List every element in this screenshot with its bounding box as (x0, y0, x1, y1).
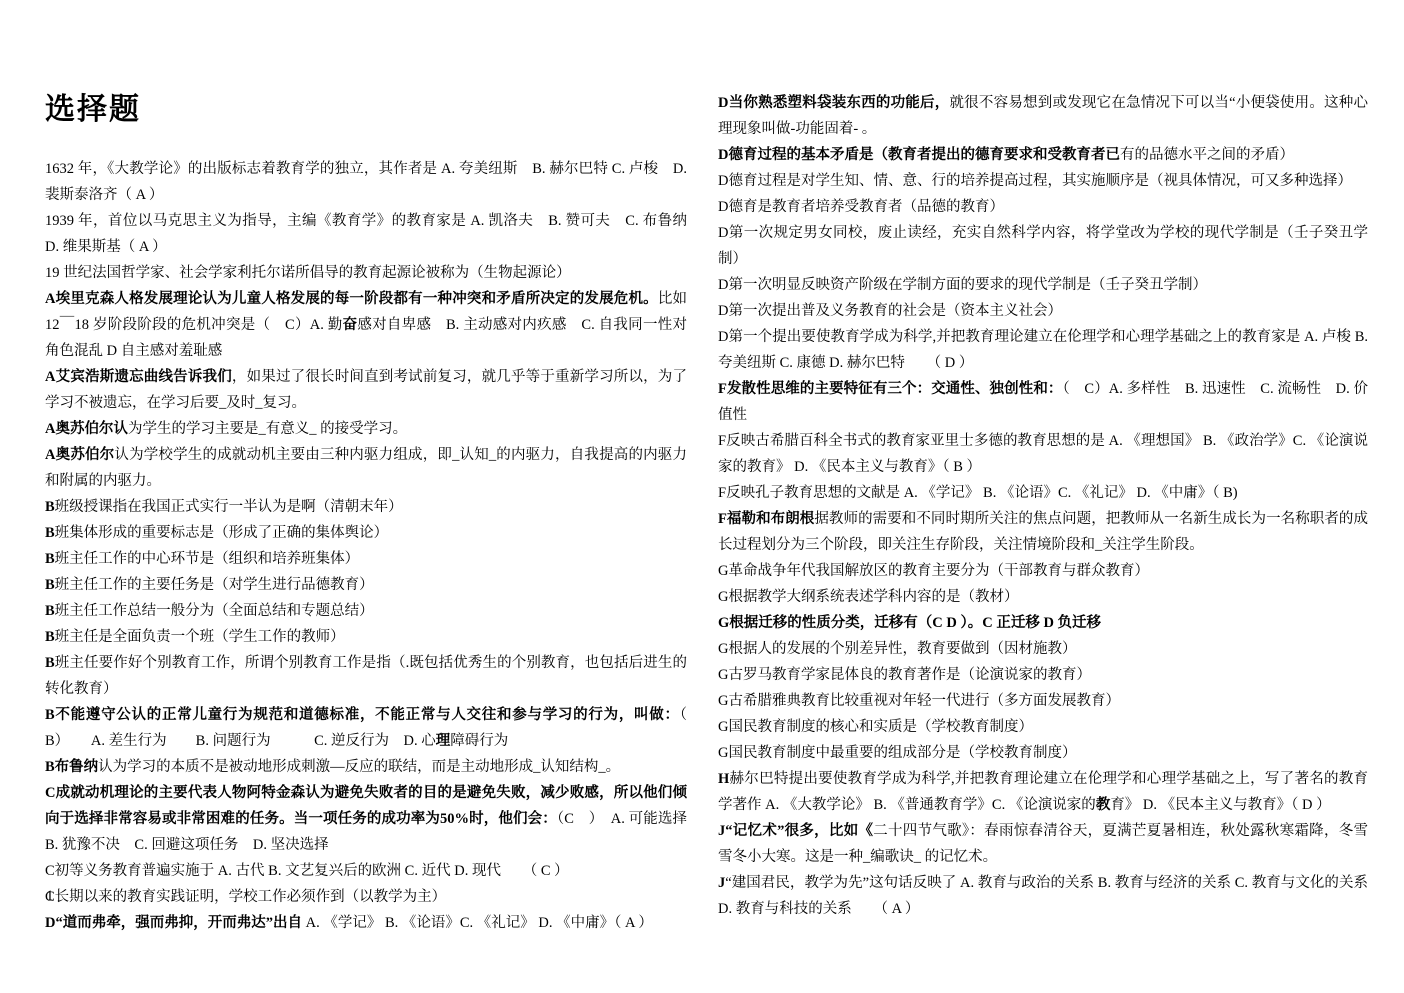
question-item: C初等义务教育普遍实施于 A. 古代 B. 文艺复兴后的欧洲 C. 近代 D. … (45, 858, 687, 884)
question-text: G古希腊雅典教育比较重视对年轻一代进行（多方面发展教育） (718, 693, 1120, 709)
question-item: C长期以来的教育实践证明，学校工作必须作到（以教学为主） (45, 884, 687, 910)
question-text: G古罗马教育学家昆体良的教育著作是（论演说家的教育） (718, 667, 1091, 683)
question-item: G革命战争年代我国解放区的教育主要分为（干部教育与群众教育） (718, 558, 1368, 584)
question-text-bold: （C D ）。C 正迁移 D 负迁移 (918, 615, 1101, 631)
question-item: D第一次提出普及义务教育的社会是（资本主义社会） (718, 298, 1368, 324)
question-text-bold: B (45, 551, 55, 567)
question-text: “建国君民，教学为先”这句话反映了 A. 教育与政治的关系 B. 教育与经济的关… (718, 875, 1368, 917)
question-text: 班集体形成的重要标志是（形成了正确的集体舆论） (55, 525, 389, 541)
question-text: 育》 D. 《民本主义与教育》（ D ） (1110, 797, 1330, 813)
question-text-bold: D“道而弗牵，强而弗抑，开而弗达”出自 (45, 915, 302, 931)
question-item: G国民教育制度的核心和实质是（学校教育制度） (718, 714, 1368, 740)
question-text: D第一次明显反映资产阶级在学制方面的要求的现代学制是（壬子癸丑学制） (718, 277, 1207, 293)
question-item: A埃里克森人格发展理论认为儿童人格发展的每一阶段都有一种冲突和矛盾所决定的发展危… (45, 286, 687, 364)
question-item: D德育过程的基本矛盾是（教育者提出的德育要求和受教育者已有的品德水平之间的矛盾） (718, 142, 1368, 168)
question-item: D第一次规定男女同校，废止读经，充实自然科学内容，将学堂改为学校的现代学制是（壬… (718, 220, 1368, 272)
question-text: C长期以来的教育实践证明，学校工作必须作到（以教学为主） (45, 889, 446, 905)
question-text-bold: B (45, 629, 55, 645)
question-text-bold: H (718, 771, 729, 787)
question-text-bold: B (45, 499, 55, 515)
question-item: 1939 年，首位以马克思主义为指导，主编《教育学》的教育家是 A. 凯洛夫 B… (45, 208, 687, 260)
question-text-bold: A奥苏伯尔 (45, 447, 114, 463)
question-item: J“建国君民，教学为先”这句话反映了 A. 教育与政治的关系 B. 教育与经济的… (718, 870, 1368, 922)
question-text-bold: B (45, 655, 55, 671)
page-title: 选择题 (45, 93, 687, 127)
question-item: 19 世纪法国哲学家、社会学家利托尔诺所倡导的教育起源论被称为（生物起源论） (45, 260, 687, 286)
page-number: 1 (46, 886, 54, 906)
question-item: B不能遵守公认的正常儿童行为规范和道德标准，不能正常与人交往和参与学习的行为，叫… (45, 702, 687, 754)
question-text: 1939 年，首位以马克思主义为指导，主编《教育学》的教育家是 A. 凯洛夫 B… (45, 213, 702, 255)
question-text-bold: B (45, 525, 55, 541)
question-item: D德育过程是对学生知、情、意、行的培养提高过程，其实施顺序是（视具体情况，可又多… (718, 168, 1368, 194)
question-text: D第一次提出普及义务教育的社会是（资本主义社会） (718, 303, 1062, 319)
question-item: G国民教育制度中最重要的组成部分是（学校教育制度） (718, 740, 1368, 766)
question-item: F反映孔子教育思想的文献是 A. 《学记》 B. 《论语》C. 《礼记》 D. … (718, 480, 1368, 506)
question-text: F反映古希腊百科全书式的教育家亚里士多德的教育思想的是 A. 《理想国》 B. … (718, 433, 1368, 475)
question-item: B班主任是全面负责一个班（学生工作的教师） (45, 624, 687, 650)
question-item: A奥苏伯尔认为学校学生的成就动机主要由三种内驱力组成，即_认知_的内驱力，自我提… (45, 442, 687, 494)
question-item: B班主任工作的主要任务是（对学生进行品德教育） (45, 572, 687, 598)
question-text: 班级授课指在我国正式实行一半认为是啊（清朝末年） (55, 499, 403, 515)
question-text: 班主任是全面负责一个班（学生工作的教师） (55, 629, 345, 645)
question-text: 班主任工作的主要任务是（对学生进行品德教育） (55, 577, 374, 593)
question-text: 19 世纪法国哲学家、社会学家利托尔诺所倡导的教育起源论被称为（生物起源论） (45, 265, 571, 281)
question-list-left: 1632 年，《大教学论》的出版标志着教育学的独立，其作者是 A. 夸美纽斯 B… (45, 156, 687, 936)
question-item: F福勒和布朗根据教师的需要和不同时期所关注的焦点问题，把教师从一名新生成长为一名… (718, 506, 1368, 558)
question-item: D当你熟悉塑料袋装东西的功能后，就很不容易想到或发现它在急情况下可以当“小便袋使… (718, 90, 1368, 142)
question-text-bold: B布鲁纳 (45, 759, 98, 775)
question-text-bold: D当你熟悉塑料袋装东西的功能后， (718, 95, 949, 111)
question-item: A奥苏伯尔认为学生的学习主要是_有意义_ 的接受学习。 (45, 416, 687, 442)
question-text-bold: G根据迁移的性质分类，迁移有 (718, 615, 918, 631)
question-item: G古希腊雅典教育比较重视对年轻一代进行（多方面发展教育） (718, 688, 1368, 714)
question-text: 据教师的需要和不同时期所关注的焦点问题，把教师从一名新生成长为一名称职者的成长过… (718, 511, 1368, 553)
question-text-bold: 理 (436, 733, 451, 749)
question-item: C成就动机理论的主要代表人物阿特金森认为避免失败者的目的是避免失败，减少败感，所… (45, 780, 687, 858)
question-item: D第一次明显反映资产阶级在学制方面的要求的现代学制是（壬子癸丑学制） (718, 272, 1368, 298)
question-text: G根据人的发展的个别差异性，教育要做到（因材施教） (718, 641, 1076, 657)
question-text: 班主任工作的中心环节是（组织和培养班集体） (55, 551, 360, 567)
question-item: J“记忆术”很多，比如《二十四节气歌》：春雨惊春清谷天，夏满芒夏暑相连，秋处露秋… (718, 818, 1368, 870)
question-item: G根据迁移的性质分类，迁移有（C D ）。C 正迁移 D 负迁移 (718, 610, 1368, 636)
question-item: D第一个提出要使教育学成为科学,并把教育理论建立在伦理学和心理学基础之上的教育家… (718, 324, 1368, 376)
question-item: A艾宾浩斯遗忘曲线告诉我们，如果过了很长时间直到考试前复习，就几乎等于重新学习所… (45, 364, 687, 416)
question-text: 认为学习的本质不是被动地形成刺激—反应的联结，而是主动地形成_认知结构_。 (98, 759, 620, 775)
question-item: G根据教学大纲系统表述学科内容的是（教材） (718, 584, 1368, 610)
question-text: 班主任要作好个别教育工作，所谓个别教育工作是指（.既包括优秀生的个别教育，也包括… (45, 655, 687, 697)
question-text: F反映孔子教育思想的文献是 A. 《学记》 B. 《论语》C. 《礼记》 D. … (718, 485, 1238, 501)
question-item: B班主任要作好个别教育工作，所谓个别教育工作是指（.既包括优秀生的个别教育，也包… (45, 650, 687, 702)
question-item: H赫尔巴特提出要使教育学成为科学,并把教育理论建立在伦理学和心理学基础之上，写了… (718, 766, 1368, 818)
question-text-bold: B不能遵守公认的正常儿童行为规范和道德标准，不能正常与人交往和参与学习的行为，叫… (45, 707, 680, 723)
question-text: 有的品德水平之间的矛盾） (1120, 147, 1294, 163)
question-text: 1632 年，《大教学论》的出版标志着教育学的独立，其作者是 A. 夸美纽斯 B… (45, 161, 687, 203)
question-text-bold: A奥苏伯尔认 (45, 421, 128, 437)
question-item: B班级授课指在我国正式实行一半认为是啊（清朝末年） (45, 494, 687, 520)
question-text-bold: A艾宾浩斯遗忘曲线告诉我们 (45, 369, 232, 385)
question-text: D第一次规定男女同校，废止读经，充实自然科学内容，将学堂改为学校的现代学制是（壬… (718, 225, 1368, 267)
question-item: F反映古希腊百科全书式的教育家亚里士多德的教育思想的是 A. 《理想国》 B. … (718, 428, 1368, 480)
question-text-bold: F福勒和布朗根 (718, 511, 814, 527)
question-text-bold: B (45, 603, 55, 619)
question-item: B班主任工作总结一般分为（全面总结和专题总结） (45, 598, 687, 624)
question-text: D第一个提出要使教育学成为科学,并把教育理论建立在伦理学和心理学基础之上的教育家… (718, 329, 1368, 371)
question-text: D德育过程是对学生知、情、意、行的培养提高过程，其实施顺序是（视具体情况，可又多… (718, 173, 1352, 189)
question-text-bold: F发散性思维的主要特征有三个：交通性、独创性和： (718, 381, 1063, 397)
question-text-bold: D德育过程的基本矛盾是（教育者提出的德育要求和受教育者已 (718, 147, 1120, 163)
question-item: D“道而弗牵，强而弗抑，开而弗达”出自 A. 《学记》 B. 《论语》C. 《礼… (45, 910, 687, 936)
question-item: G古罗马教育学家昆体良的教育著作是（论演说家的教育） (718, 662, 1368, 688)
question-item: 1632 年，《大教学论》的出版标志着教育学的独立，其作者是 A. 夸美纽斯 B… (45, 156, 687, 208)
question-text: G国民教育制度的核心和实质是（学校教育制度） (718, 719, 1033, 735)
question-text: G根据教学大纲系统表述学科内容的是（教材） (718, 589, 1018, 605)
question-item: D德育是教育者培养受教育者（品德的教育） (718, 194, 1368, 220)
document-page: 选择题 1632 年，《大教学论》的出版标志着教育学的独立，其作者是 A. 夸美… (0, 0, 1404, 993)
question-text: 班主任工作总结一般分为（全面总结和专题总结） (55, 603, 374, 619)
right-column: D当你熟悉塑料袋装东西的功能后，就很不容易想到或发现它在急情况下可以当“小便袋使… (718, 90, 1368, 922)
question-text: G革命战争年代我国解放区的教育主要分为（干部教育与群众教育） (718, 563, 1149, 579)
question-text: C初等义务教育普遍实施于 A. 古代 B. 文艺复兴后的欧洲 C. 近代 D. … (45, 863, 569, 879)
question-text-bold: 教 (1096, 797, 1111, 813)
question-text-bold: J“记忆术”很多，比如《 (718, 823, 873, 839)
left-column: 选择题 1632 年，《大教学论》的出版标志着教育学的独立，其作者是 A. 夸美… (45, 93, 687, 936)
question-item: B班集体形成的重要标志是（形成了正确的集体舆论） (45, 520, 687, 546)
question-item: F发散性思维的主要特征有三个：交通性、独创性和：（ C）A. 多样性 B. 迅速… (718, 376, 1368, 428)
question-text: 障碍行为 (450, 733, 508, 749)
question-text-bold: 奋 (343, 317, 358, 333)
question-text: 认为学校学生的成就动机主要由三种内驱力组成，即_认知_的内驱力，自我提高的内驱力… (45, 447, 687, 489)
question-text: D德育是教育者培养受教育者（品德的教育） (718, 199, 1004, 215)
question-text-bold: A埃里克森人格发展理论认为儿童人格发展的每一阶段都有一种冲突和矛盾所决定的发展危… (45, 291, 658, 307)
question-text: 为学生的学习主要是_有意义_ 的接受学习。 (128, 421, 407, 437)
question-text-bold: B (45, 577, 55, 593)
question-item: B布鲁纳认为学习的本质不是被动地形成刺激—反应的联结，而是主动地形成_认知结构_… (45, 754, 687, 780)
question-text: A. 《学记》 B. 《论语》C. 《礼记》 D. 《中庸》（ A ） (302, 915, 653, 931)
question-item: B班主任工作的中心环节是（组织和培养班集体） (45, 546, 687, 572)
question-text: G国民教育制度中最重要的组成部分是（学校教育制度） (718, 745, 1076, 761)
question-item: G根据人的发展的个别差异性，教育要做到（因材施教） (718, 636, 1368, 662)
